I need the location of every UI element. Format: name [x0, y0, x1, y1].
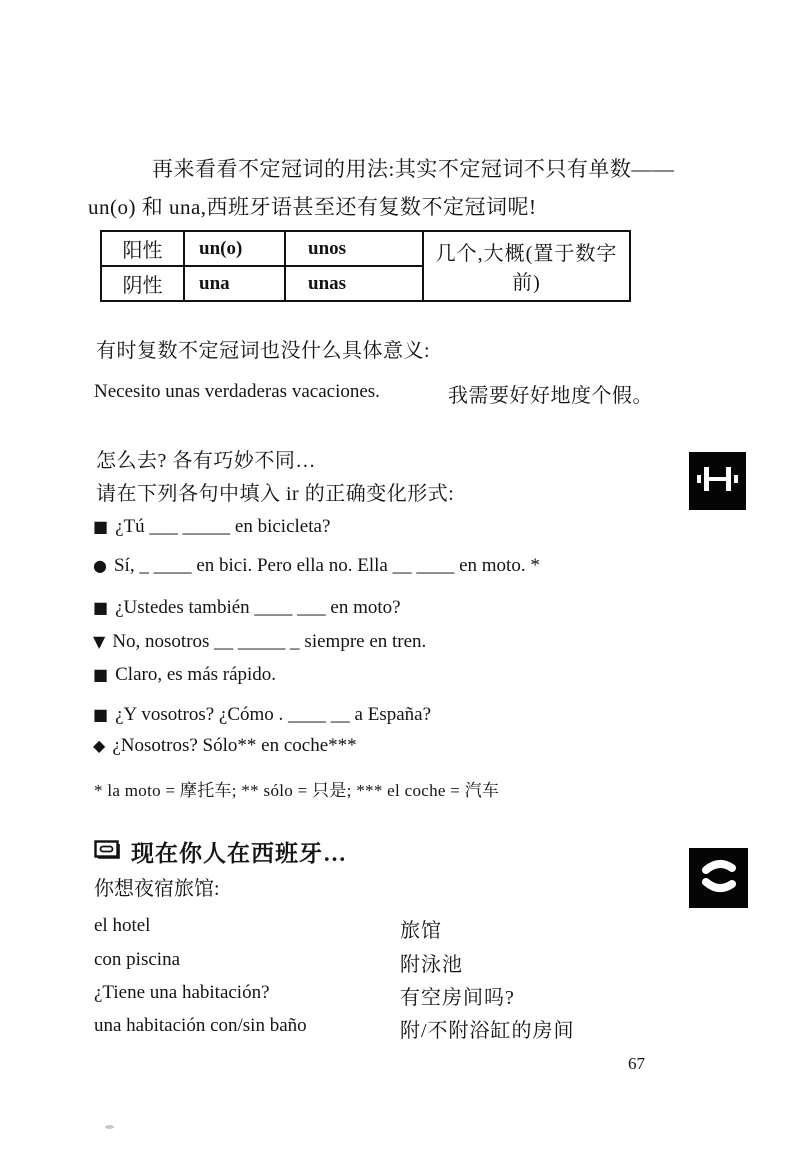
- vocab-spanish: el hotel: [94, 915, 150, 936]
- cassette-icon: [94, 838, 122, 866]
- example-chinese: 我需要好好地度个假。: [448, 379, 653, 408]
- exercise-intro-2: 请在下列各句中填入 ir 的正确变化形式:: [96, 477, 454, 506]
- square-bullet-icon: ■: [93, 517, 108, 536]
- intro-paragraph: 再来看看不定冠词的用法:其实不定冠词不只有单数—— un(o) 和 una,西班…: [88, 150, 706, 226]
- vocab-footnote: * la moto = 摩托车; ** sólo = 只是; *** el co…: [94, 776, 499, 801]
- dialogue-text: ¿Ustedes también ____ ___ en moto?: [115, 597, 400, 618]
- hotel-subheading: 你想夜宿旅馆:: [94, 872, 220, 901]
- table-cell-plural-feminine: unas: [285, 266, 423, 301]
- chapter-marker-icon: [700, 856, 738, 901]
- table-cell-gender-feminine: 阴性: [101, 266, 184, 301]
- plural-note: 有时复数不定冠词也没什么具体意义:: [96, 334, 430, 363]
- dialogue-text: ¿Y vosotros? ¿Cómo . ____ __ a España?: [115, 704, 431, 725]
- vocab-row: el hotel 旅馆: [94, 915, 734, 937]
- intro-line-1: 再来看看不定冠词的用法:其实不定冠词不只有单数——: [88, 150, 706, 188]
- dialogue-line: ●Sí, _ ____ en bici. Pero ella no. Ella …: [93, 555, 540, 577]
- dumbbell-icon: [697, 462, 738, 501]
- table-cell-gender-masculine: 阳性: [101, 231, 184, 266]
- dialogue-line: ■¿Tú ___ _____ en bicicleta?: [93, 516, 330, 538]
- page-number: 67: [628, 1054, 645, 1074]
- dialogue-text: Claro, es más rápido.: [115, 664, 276, 685]
- example-spanish: Necesito unas verdaderas vacaciones.: [94, 381, 380, 402]
- vocab-row: ¿Tiene una habitación? 有空房间吗?: [94, 982, 734, 1004]
- vocab-spanish: ¿Tiene una habitación?: [94, 982, 270, 1003]
- vocab-chinese: 有空房间吗?: [400, 981, 515, 1010]
- square-bullet-icon: ■: [93, 598, 108, 617]
- circle-bullet-icon: ●: [93, 556, 107, 575]
- vocab-chinese: 附泳池: [400, 948, 463, 977]
- dialogue-text: Sí, _ ____ en bici. Pero ella no. Ella _…: [114, 555, 540, 576]
- dialogue-line: ◆¿Nosotros? Sólo** en coche***: [93, 735, 357, 757]
- exercise-marker-box: [689, 452, 746, 510]
- book-page: 再来看看不定冠词的用法:其实不定冠词不只有单数—— un(o) 和 una,西班…: [0, 0, 798, 1164]
- dialogue-line: ■¿Ustedes también ____ ___ en moto?: [93, 597, 401, 619]
- dialogue-line: ■¿Y vosotros? ¿Cómo . ____ __ a España?: [93, 704, 431, 726]
- table-row: 阳性 un(o) unos 几个,大概(置于数字前): [101, 231, 630, 266]
- table-cell-meaning: 几个,大概(置于数字前): [423, 231, 630, 301]
- dialogue-text: ¿Nosotros? Sólo** en coche***: [112, 735, 356, 756]
- hotel-section-heading: 现在你人在西班牙…: [94, 835, 347, 868]
- vocab-spanish: una habitación con/sin baño: [94, 1015, 307, 1036]
- article-table: 阳性 un(o) unos 几个,大概(置于数字前) 阴性 una unas: [100, 230, 631, 302]
- vocab-chinese: 旅馆: [400, 914, 442, 943]
- dialogue-line: ■Claro, es más rápido.: [93, 664, 276, 686]
- table-cell-singular-feminine: una: [184, 266, 285, 301]
- vocab-row: con piscina 附泳池: [94, 949, 734, 971]
- square-bullet-icon: ■: [93, 705, 108, 724]
- dialogue-text: ¿Tú ___ _____ en bicicleta?: [115, 516, 330, 537]
- vocab-spanish: con piscina: [94, 949, 180, 970]
- triangle-bullet-icon: ▼: [93, 632, 105, 651]
- table-cell-singular-masculine: un(o): [184, 231, 285, 266]
- intro-line-2: un(o) 和 una,西班牙语甚至还有复数不定冠词呢!: [88, 188, 706, 226]
- dialogue-text: No, nosotros __ _____ _ siempre en tren.: [112, 631, 426, 652]
- square-bullet-icon: ■: [93, 665, 108, 684]
- dialogue-line: ▼No, nosotros __ _____ _ siempre en tren…: [93, 631, 426, 653]
- chapter-marker-box: [689, 848, 748, 908]
- hotel-heading-text: 现在你人在西班牙…: [131, 835, 347, 868]
- table-cell-plural-masculine: unos: [285, 231, 423, 266]
- diamond-bullet-icon: ◆: [93, 736, 105, 755]
- vocab-row: una habitación con/sin baño 附/不附浴缸的房间: [94, 1015, 734, 1037]
- vocab-chinese: 附/不附浴缸的房间: [400, 1014, 575, 1043]
- scan-artifact: [105, 1125, 114, 1129]
- example-sentence: Necesito unas verdaderas vacaciones. 我需要…: [94, 381, 754, 403]
- exercise-intro-1: 怎么去? 各有巧妙不同…: [96, 444, 316, 473]
